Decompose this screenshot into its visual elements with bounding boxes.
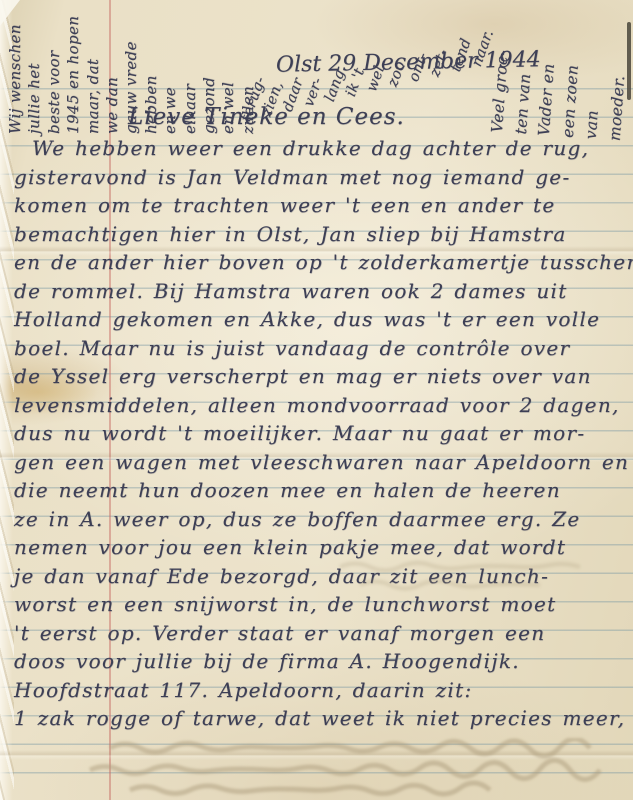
body-line: We hebben weer een drukke dag achter de … — [14, 134, 632, 163]
body-line: de Yssel erg verscherpt en mag er niets … — [14, 362, 632, 391]
body-line: Holland gekomen en Akke, dus was 't er e… — [14, 305, 632, 334]
body-line: dus nu wordt 't moeilijker. Maar nu gaat… — [14, 419, 632, 448]
body-line: de rommel. Bij Hamstra waren ook 2 dames… — [14, 277, 632, 306]
body-line: bemachtigen hier in Olst, Jan sliep bij … — [14, 220, 632, 249]
body-line: die neemt hun doozen mee en halen de hee… — [14, 476, 632, 505]
body-line: levensmiddelen, alleen mondvoorraad voor… — [14, 391, 632, 420]
bleed-through-ghost-text — [70, 738, 630, 798]
body-line: gen een wagen met vleeschwaren naar Apel… — [14, 448, 632, 477]
ghost-line — [110, 739, 590, 756]
body-line: 1 zak rogge of tarwe, dat weet ik niet p… — [14, 704, 632, 733]
salutation: Lieve Tineke en Cees. — [128, 104, 405, 130]
body-line: komen om te trachten weer 't een en ande… — [14, 191, 632, 220]
body-line: en de ander hier boven op 't zolderkamer… — [14, 248, 632, 277]
body-line: 't eerst op. Verder staat er vanaf morge… — [14, 619, 632, 648]
body-line: gisteravond is Jan Veldman met nog ieman… — [14, 163, 632, 192]
letter-page: Wij wenschen jullie het beste voor 1945 … — [0, 0, 633, 800]
body-line: doos voor jullie bij de firma A. Hoogend… — [14, 647, 632, 676]
ghost-line — [130, 783, 490, 794]
ghost-line — [360, 581, 540, 589]
ghost-line — [340, 563, 580, 571]
body-line: boel. Maar nu is juist vandaag de contrô… — [14, 334, 632, 363]
body-line: Hoofdstraat 117. Apeldoorn, daarin zit: — [14, 676, 632, 705]
letter-body: We hebben weer een drukke dag achter de … — [14, 134, 632, 733]
bleed-through-ghost-text — [330, 555, 610, 595]
ghost-line — [90, 760, 600, 779]
body-line: ze in A. weer op, dus ze boffen daarmee … — [14, 505, 632, 534]
